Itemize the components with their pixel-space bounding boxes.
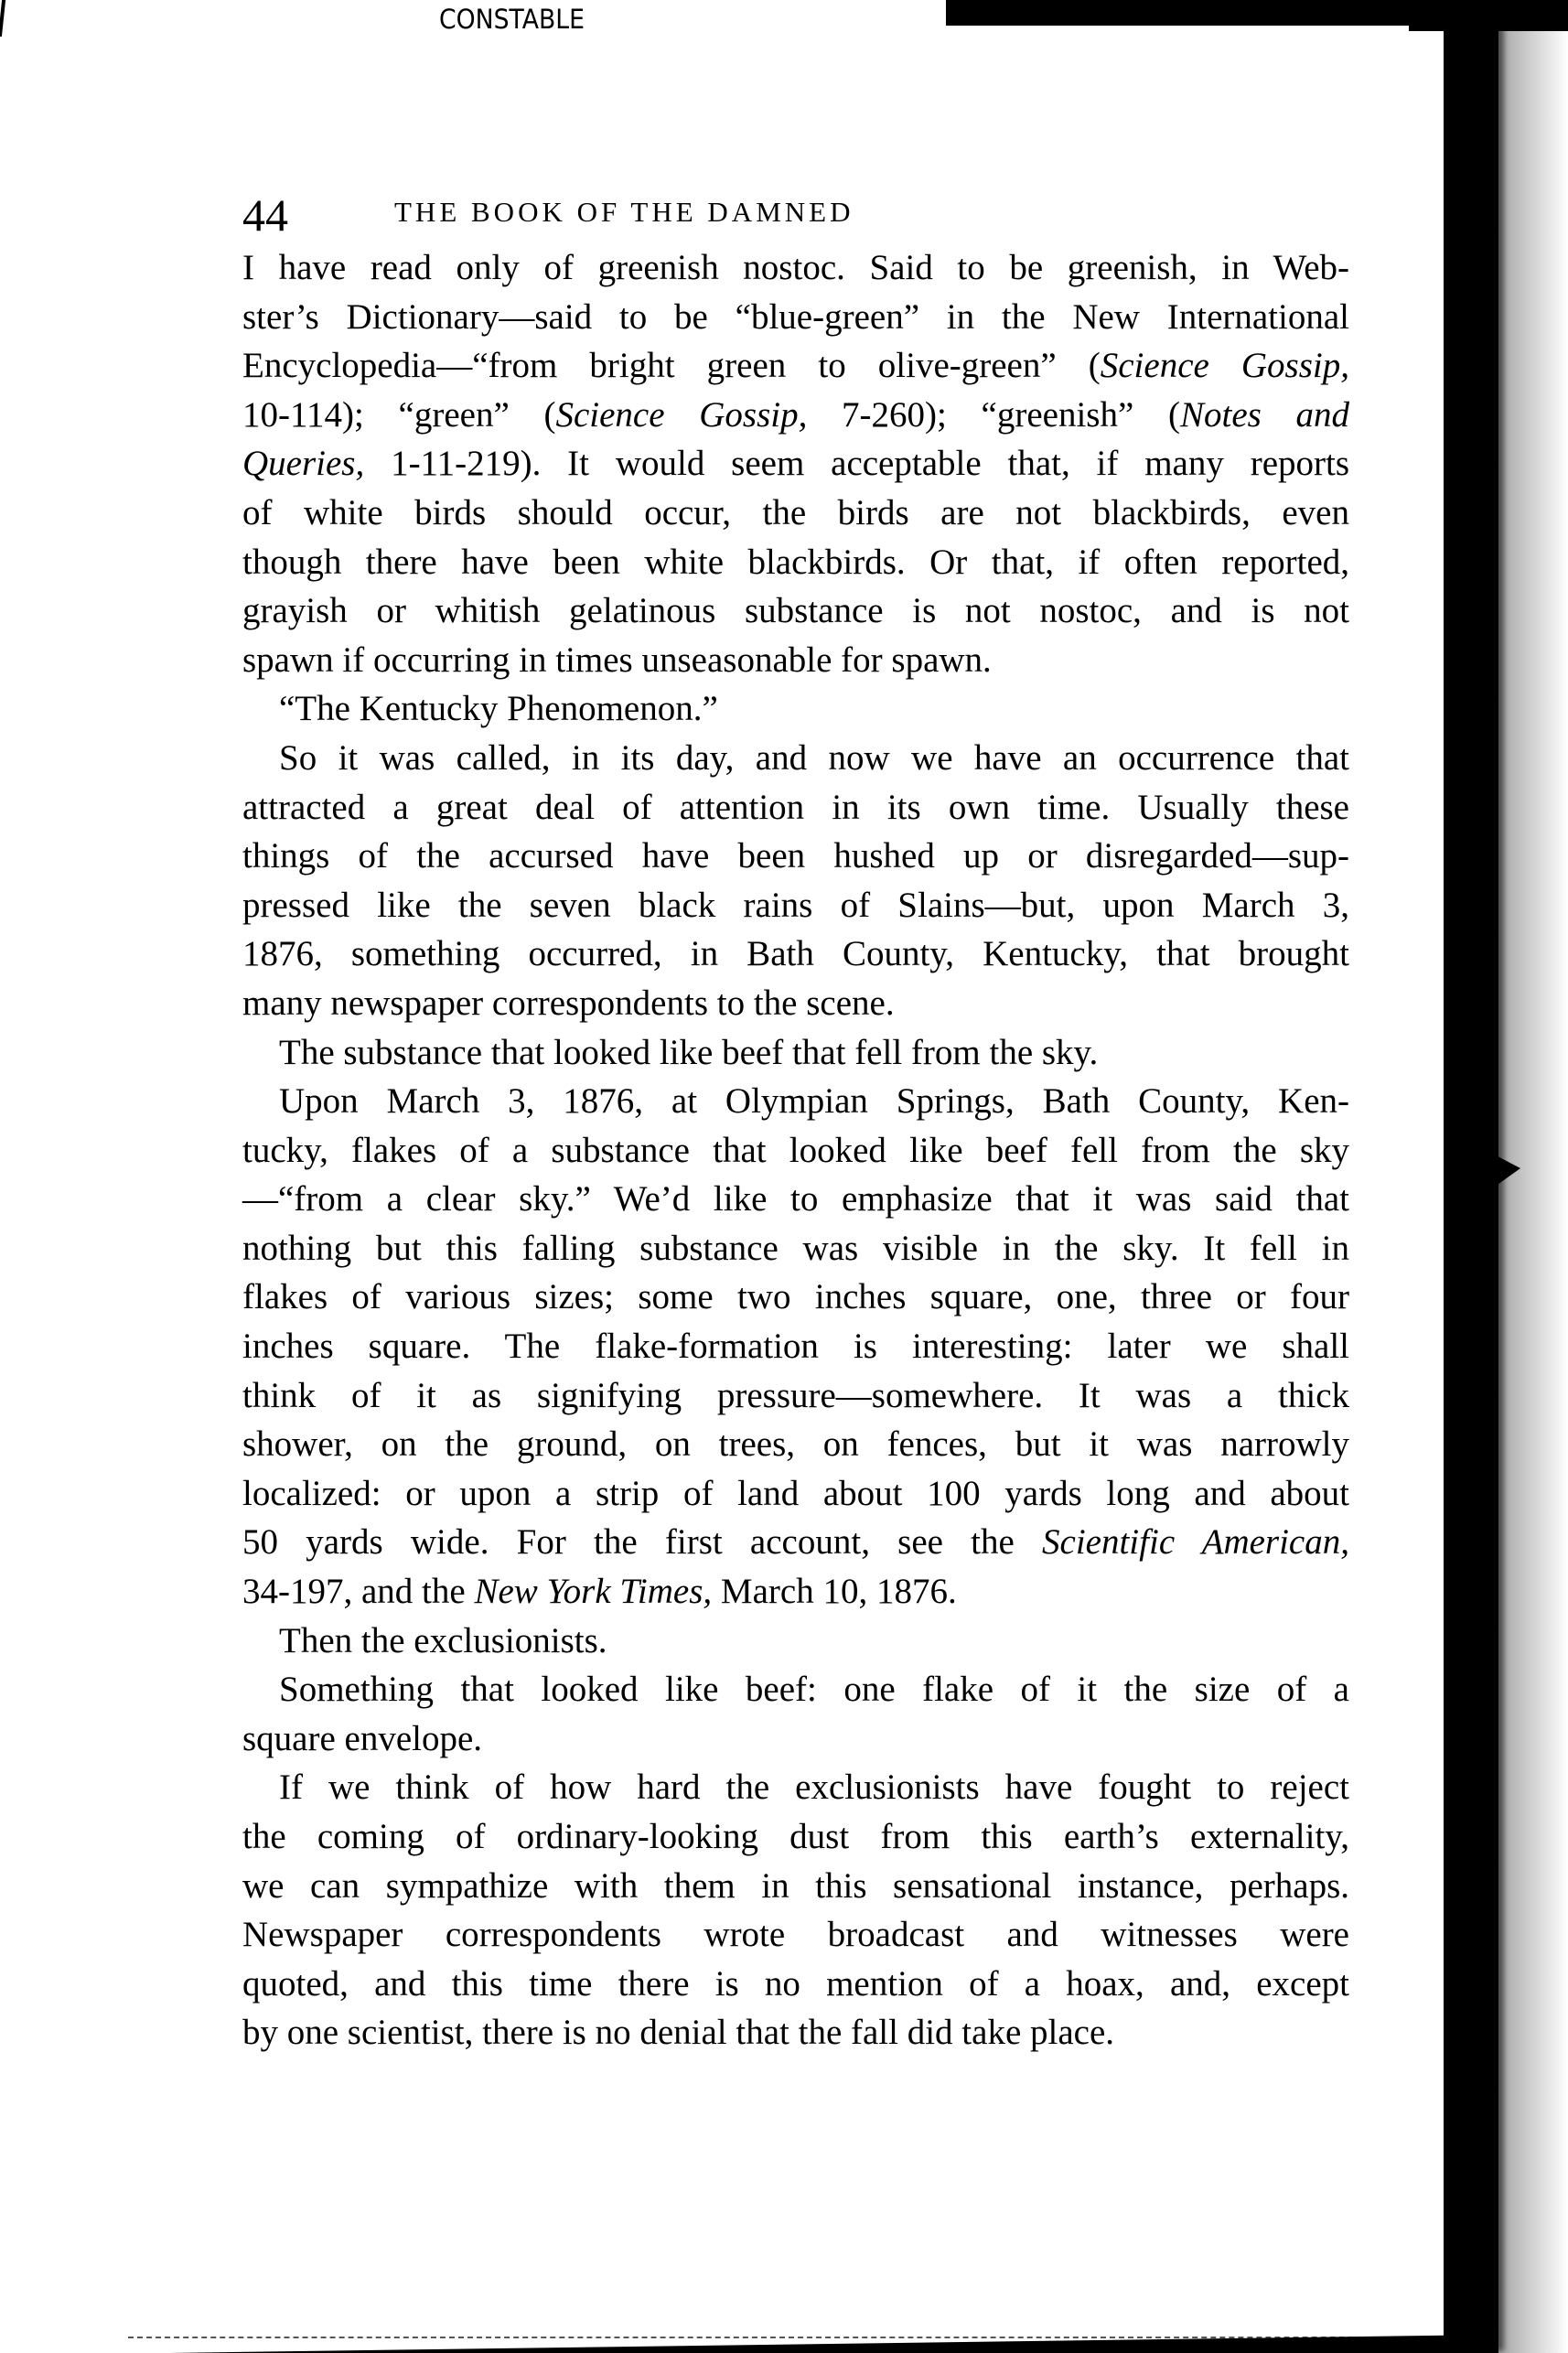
text-segment: —“from a clear sky.” We’d like to emphas… xyxy=(242,1179,1349,1219)
text-segment: things of the accursed have been hushed … xyxy=(242,836,1349,876)
text-segment: Then the exclusionists. xyxy=(279,1621,607,1660)
text-segment: The substance that looked like beef that… xyxy=(279,1033,1098,1072)
text-line: The substance that looked like beef that… xyxy=(242,1028,1349,1078)
text-line: 50 yards wide. For the first account, se… xyxy=(242,1518,1349,1567)
text-line: nothing but this falling substance was v… xyxy=(242,1224,1349,1273)
text-segment: ster’s Dictionary—said to be “blue-green… xyxy=(242,297,1349,337)
text-line: Upon March 3, 1876, at Olympian Springs,… xyxy=(242,1077,1349,1126)
text-segment: grayish or whitish gelatinous substance … xyxy=(242,591,1349,630)
text-line: though there have been white blackbirds.… xyxy=(242,538,1349,587)
citation-italic: New York Times, xyxy=(474,1572,712,1611)
text-segment: flakes of various sizes; some two inches… xyxy=(242,1277,1349,1316)
text-segment: inches square. The flake-formation is in… xyxy=(242,1327,1349,1366)
text-segment: quoted, and this time there is no mentio… xyxy=(242,1964,1349,2004)
text-segment: shower, on the ground, on trees, on fenc… xyxy=(242,1424,1349,1464)
text-segment: I have read only of greenish nostoc. Sai… xyxy=(242,248,1349,287)
text-line: “The Kentucky Phenomenon.” xyxy=(242,684,1349,734)
text-line: Encyclopedia—“from bright green to olive… xyxy=(242,341,1349,391)
text-segment: by one scientist, there is no denial tha… xyxy=(242,2013,1114,2052)
text-segment: many newspaper correspondents to the sce… xyxy=(242,983,895,1023)
citation-italic: Science Gossip, xyxy=(555,395,807,435)
text-segment: think of it as signifying pressure—somew… xyxy=(242,1376,1349,1415)
text-line: attracted a great deal of attention in i… xyxy=(242,783,1349,833)
text-line: the coming of ordinary-looking dust from… xyxy=(242,1812,1349,1862)
text-segment: Newspaper correspondents wrote broadcast… xyxy=(242,1915,1349,1954)
text-line: ster’s Dictionary—said to be “blue-green… xyxy=(242,293,1349,342)
text-line: Newspaper correspondents wrote broadcast… xyxy=(242,1910,1349,1960)
text-line: tucky, flakes of a substance that looked… xyxy=(242,1126,1349,1176)
book-title: THE BOOK OF THE DAMNED xyxy=(394,196,854,229)
text-segment: 1876, something occurred, in Bath County… xyxy=(242,934,1349,973)
text-line: localized: or upon a strip of land about… xyxy=(242,1469,1349,1519)
text-segment: If we think of how hard the exclusionist… xyxy=(279,1767,1349,1807)
text-line: 1876, something occurred, in Bath County… xyxy=(242,929,1349,979)
text-line: —“from a clear sky.” We’d like to emphas… xyxy=(242,1175,1349,1224)
text-line: 10-114); “green” (Science Gossip, 7-260)… xyxy=(242,391,1349,440)
text-line: think of it as signifying pressure—somew… xyxy=(242,1371,1349,1421)
text-line: If we think of how hard the exclusionist… xyxy=(242,1763,1349,1812)
text-line: flakes of various sizes; some two inches… xyxy=(242,1273,1349,1322)
text-segment: Upon March 3, 1876, at Olympian Springs,… xyxy=(279,1081,1349,1121)
text-line: I have read only of greenish nostoc. Sai… xyxy=(242,243,1349,293)
text-line: 34-197, and the New York Times, March 10… xyxy=(242,1567,1349,1617)
text-segment: pressed like the seven black rains of Sl… xyxy=(242,886,1349,925)
scan-edge-mark xyxy=(0,0,5,37)
page-number: 44 xyxy=(242,188,288,242)
text-segment: spawn if occurring in times unseasonable… xyxy=(242,640,992,680)
text-segment: March 10, 1876. xyxy=(712,1572,957,1611)
text-line: grayish or whitish gelatinous substance … xyxy=(242,586,1349,636)
text-line: inches square. The flake-formation is in… xyxy=(242,1322,1349,1371)
text-line: many newspaper correspondents to the sce… xyxy=(242,979,1349,1028)
text-segment: attracted a great deal of attention in i… xyxy=(242,788,1349,827)
text-line: Then the exclusionists. xyxy=(242,1617,1349,1666)
text-line: quoted, and this time there is no mentio… xyxy=(242,1960,1349,2009)
text-line: So it was called, in its day, and now we… xyxy=(242,734,1349,783)
text-segment: square envelope. xyxy=(242,1719,482,1758)
text-segment: 50 yards wide. For the first account, se… xyxy=(242,1522,1042,1562)
text-line: of white birds should occur, the birds a… xyxy=(242,489,1349,538)
text-line: Queries, 1-11-219). It would seem accept… xyxy=(242,439,1349,489)
text-segment: 10-114); “green” ( xyxy=(242,395,555,435)
text-segment: 7-260); “greenish” ( xyxy=(807,395,1180,435)
body-text: I have read only of greenish nostoc. Sai… xyxy=(242,243,1349,2058)
text-segment: Something that looked like beef: one fla… xyxy=(279,1670,1349,1709)
text-segment: 34-197, and the xyxy=(242,1572,474,1611)
text-segment: we can sympathize with them in this sens… xyxy=(242,1866,1349,1906)
text-segment: tucky, flakes of a substance that looked… xyxy=(242,1131,1349,1170)
text-line: things of the accursed have been hushed … xyxy=(242,832,1349,881)
text-line: by one scientist, there is no denial tha… xyxy=(242,2008,1349,2058)
citation-italic: Science Gossip, xyxy=(1101,346,1349,385)
text-segment: localized: or upon a strip of land about… xyxy=(242,1474,1349,1513)
text-segment: though there have been white blackbirds.… xyxy=(242,543,1349,582)
text-line: shower, on the ground, on trees, on fenc… xyxy=(242,1420,1349,1469)
citation-italic: Notes and xyxy=(1180,395,1349,435)
text-line: square envelope. xyxy=(242,1714,1349,1764)
citation-italic: Scientific American, xyxy=(1042,1522,1349,1562)
text-segment: of white birds should occur, the birds a… xyxy=(242,493,1349,532)
text-line: Something that looked like beef: one fla… xyxy=(242,1665,1349,1714)
text-segment: So it was called, in its day, and now we… xyxy=(279,738,1349,778)
library-stamp: CONSTABLE xyxy=(439,4,585,35)
text-line: spawn if occurring in times unseasonable… xyxy=(242,636,1349,685)
text-line: pressed like the seven black rains of Sl… xyxy=(242,881,1349,930)
text-line: we can sympathize with them in this sens… xyxy=(242,1862,1349,1911)
scan-gutter-notch xyxy=(1482,1148,1520,1196)
text-segment: nothing but this falling substance was v… xyxy=(242,1229,1349,1268)
text-segment: the coming of ordinary-looking dust from… xyxy=(242,1817,1349,1856)
text-segment: “The Kentucky Phenomenon.” xyxy=(279,689,718,728)
text-segment: 1-11-219). It would seem acceptable that… xyxy=(364,444,1349,483)
text-segment: Encyclopedia—“from bright green to olive… xyxy=(242,346,1101,385)
citation-italic: Queries, xyxy=(242,444,364,483)
